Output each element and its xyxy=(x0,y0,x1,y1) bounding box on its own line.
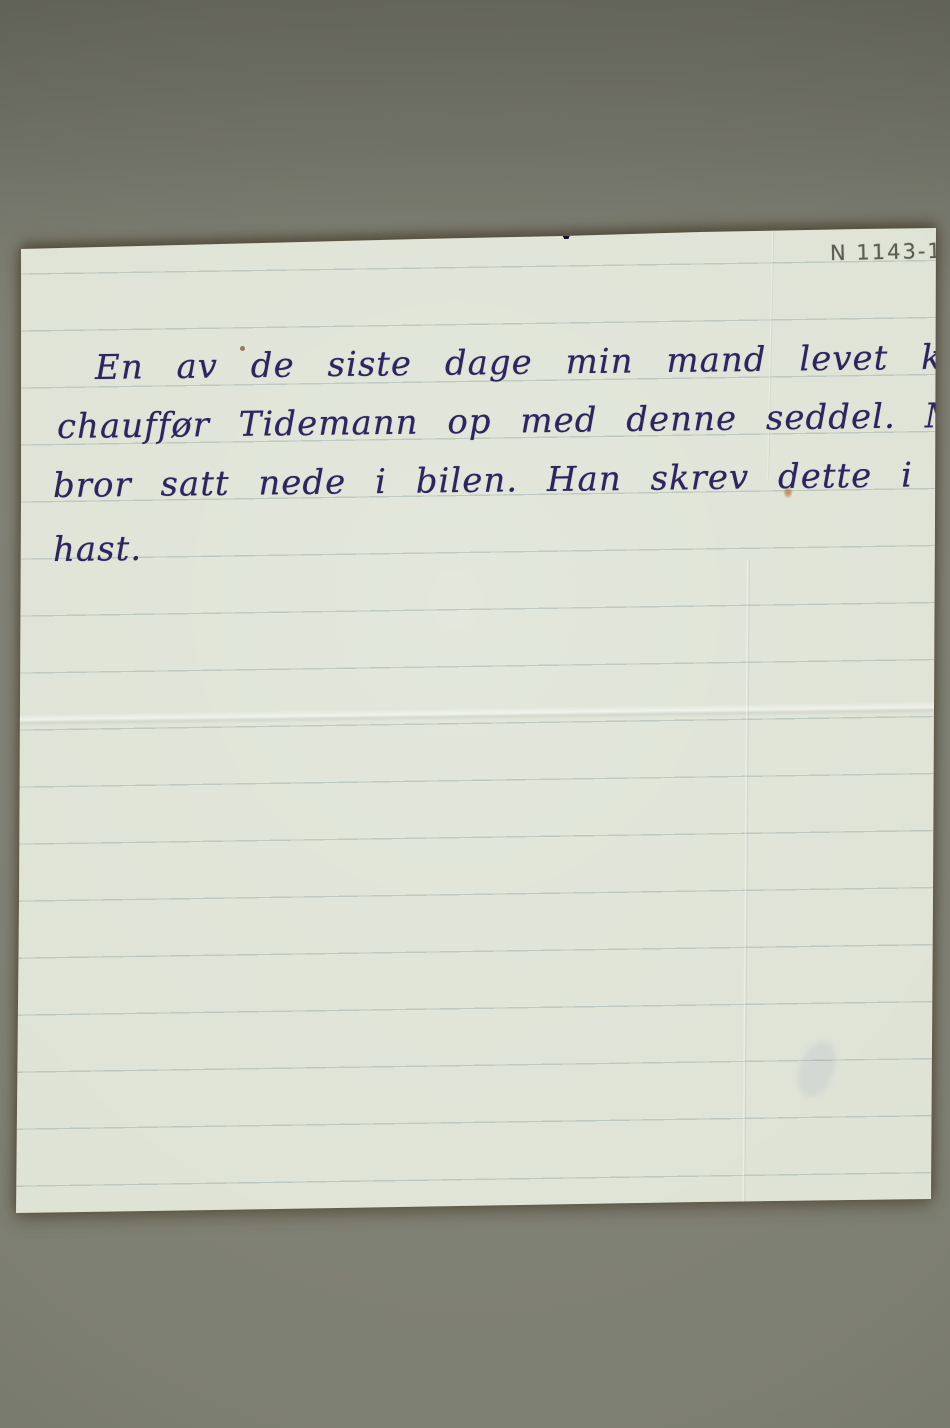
catalog-number: N 1143-1 xyxy=(830,239,943,265)
paper-sheet: N 1143-1 v En av de siste dage min mand … xyxy=(0,0,950,1428)
photo-background: N 1143-1 v En av de siste dage min mand … xyxy=(0,0,950,1428)
note-paper: N 1143-1 v En av de siste dage min mand … xyxy=(0,0,950,1428)
ink-check-mark: v xyxy=(559,222,573,244)
handwritten-line-4: hast. xyxy=(53,529,143,570)
